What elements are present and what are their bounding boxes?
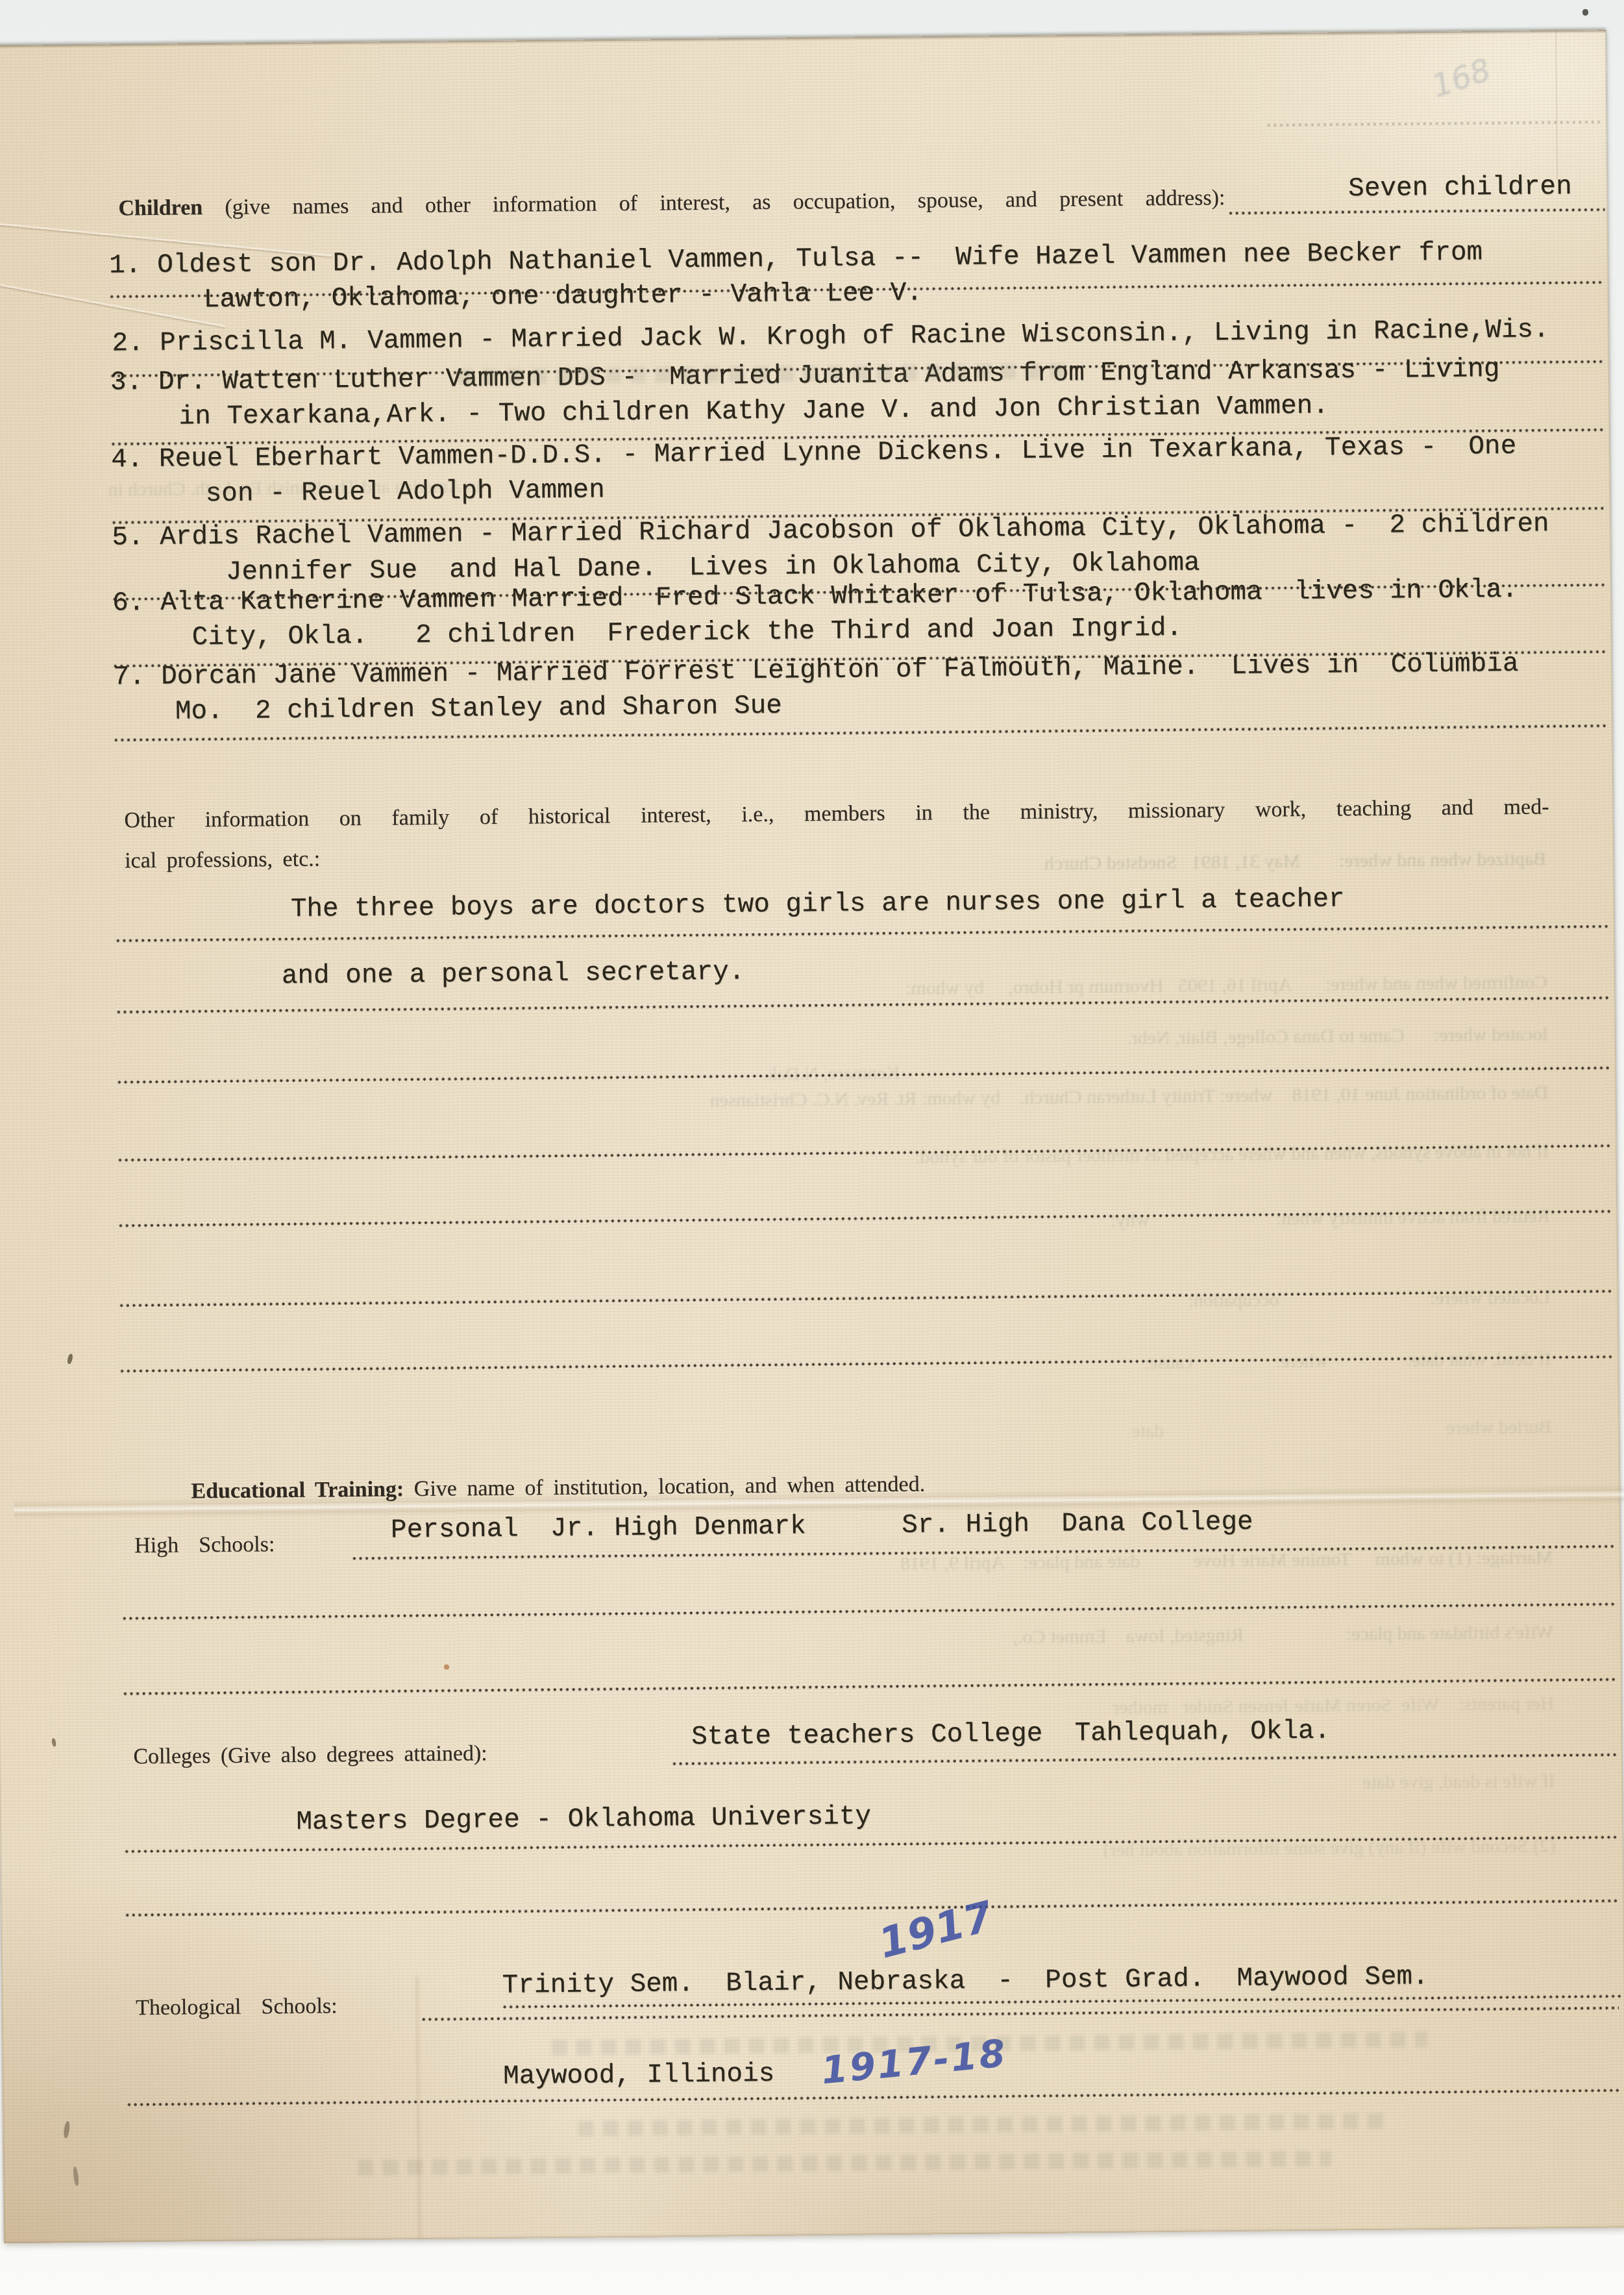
colleges-label: Colleges (Give also degrees attained): bbox=[133, 1740, 487, 1770]
paper-speck bbox=[51, 1738, 56, 1747]
bleed-through-text: (2) Second wife (if any) give some infor… bbox=[121, 1835, 1556, 1870]
child-item-1-line-2: Lawton, Oklahoma, one daughter - Vahla L… bbox=[204, 279, 923, 316]
dotted-rule bbox=[1229, 207, 1605, 216]
child-item-2-line-1: 2. Priscilla M. Vammen - Married Jack W.… bbox=[112, 315, 1549, 358]
bleed-through-text: If wife is dead, give date bbox=[121, 1770, 1555, 1805]
paper-sheet: 168 Children (give names and other infor… bbox=[0, 30, 1624, 2243]
child-item-6-line-2: City, Okla. 2 children Frederick the Thi… bbox=[192, 614, 1183, 653]
vertical-fold bbox=[416, 1976, 421, 2239]
form-content: 168 Children (give names and other infor… bbox=[0, 30, 1624, 2243]
children-label: Children (give names and other informati… bbox=[118, 184, 1225, 222]
theological-answer: Trinity Sem. Blair, Nebraska - Post Grad… bbox=[502, 1962, 1429, 2001]
dotted-rule bbox=[125, 1898, 1618, 1917]
high-schools-label: High Schools: bbox=[134, 1531, 275, 1559]
children-label-rest: (give names and other information of int… bbox=[203, 186, 1225, 219]
children-answer: Seven children bbox=[1348, 172, 1572, 204]
bleed-through-text: If not in above synods, when and where a… bbox=[114, 1140, 1549, 1176]
child-item-1-line-1: 1. Oldest son Dr. Adolph Nathaniel Vamme… bbox=[109, 238, 1483, 280]
dotted-rule bbox=[116, 924, 1608, 943]
education-heading-bold: Educational Training: bbox=[191, 1477, 404, 1503]
paper-speck bbox=[63, 2121, 70, 2139]
bleed-through-text: Wife's birthdate and place: Ringsted, Io… bbox=[119, 1621, 1554, 1657]
paper-fold-mark bbox=[0, 283, 225, 327]
paper-speck bbox=[444, 1665, 449, 1670]
theological-label: Theological Schools: bbox=[136, 1992, 338, 2022]
theological-answer-line-2: Maywood, Illinois bbox=[503, 2059, 775, 2092]
education-heading-rest: Give name of institution, location, and … bbox=[404, 1472, 925, 1502]
under-sheet-edge bbox=[1555, 31, 1558, 180]
bleed-through-text: If dead, what date: where: cause: bbox=[116, 1348, 1551, 1383]
ghost-dotted-rule bbox=[1266, 119, 1601, 127]
child-item-5-line-1: 5. Ardis Rachel Vammen - Married Richard… bbox=[112, 509, 1549, 552]
bleed-through-text: located where: Came to Dana College, Bla… bbox=[114, 1023, 1548, 1059]
dotted-rule bbox=[122, 1602, 1615, 1620]
handwritten-year: 1917 bbox=[874, 1892, 998, 1968]
child-item-7-line-1: 7. Dorcan Jane Vammen - Married Forrest … bbox=[113, 649, 1518, 693]
dotted-rule bbox=[123, 1677, 1616, 1696]
children-label-bold: Children bbox=[118, 195, 203, 220]
bleed-through-text: Baptized when and where: May 31, 1891 Sn… bbox=[112, 848, 1546, 884]
other-info-label-line-1: Other information on family of historica… bbox=[124, 793, 1549, 834]
paper-speck bbox=[73, 2166, 79, 2187]
scanner-bed-speck bbox=[1582, 9, 1588, 16]
pencil-note: 168 bbox=[1427, 51, 1495, 105]
child-item-7-line-2: Mo. 2 children Stanley and Sharon Sue bbox=[175, 691, 782, 727]
dotted-rule bbox=[127, 2088, 1619, 2107]
bleed-through-smudge bbox=[358, 2151, 1331, 2176]
dotted-rule bbox=[672, 1752, 1616, 1766]
child-item-3-line-2: in Texarkana,Ark. - Two children Kathy J… bbox=[178, 391, 1329, 432]
other-info-answer-line-1: The three boys are doctors two girls are… bbox=[291, 884, 1345, 924]
dotted-rule bbox=[114, 723, 1606, 742]
colleges-answer-line-2: Masters Degree - Oklahoma University bbox=[296, 1802, 871, 1837]
bleed-through-text: Retired from active ministry when: why: bbox=[115, 1205, 1549, 1241]
bleed-through-smudge bbox=[578, 2113, 1390, 2137]
paper-speck bbox=[67, 1354, 74, 1365]
bleed-through-text: Located where: occupation: bbox=[116, 1286, 1551, 1322]
